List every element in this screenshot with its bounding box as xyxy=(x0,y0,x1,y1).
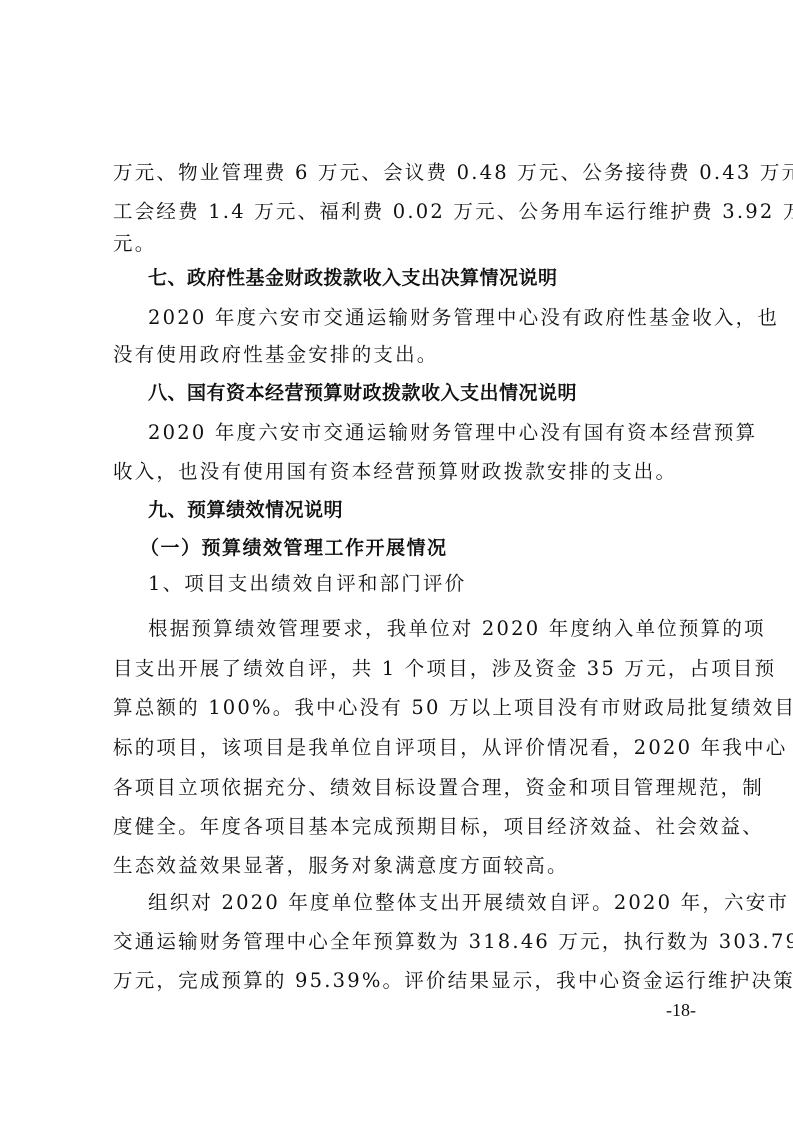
body-text-line: 标的项目，该项目是我单位自评项目，从评价情况看，2020 年我中心 xyxy=(113,735,713,761)
section-heading-8: 八、国有资本经营预算财政拨款收入支出情况说明 xyxy=(148,380,713,406)
body-text-line: 收入，也没有使用国有资本经营预算财政拨款安排的支出。 xyxy=(113,459,713,485)
body-text-line: 元。 xyxy=(113,231,713,257)
body-text-line: 根据预算绩效管理要求，我单位对 2020 年度纳入单位预算的项 xyxy=(148,616,713,642)
body-text-line: 算总额的 100%。我中心没有 50 万以上项目没有市财政局批复绩效目 xyxy=(113,695,713,721)
section-heading-7: 七、政府性基金财政拨款收入支出决算情况说明 xyxy=(148,265,713,291)
page-number: -18- xyxy=(666,1000,696,1021)
body-text-line: 组织对 2020 年度单位整体支出开展绩效自评。2020 年，六安市 xyxy=(148,890,713,916)
subsection-heading: （一）预算绩效管理工作开展情况 xyxy=(140,535,740,561)
body-text-line: 2020 年度六安市交通运输财务管理中心没有国有资本经营预算 xyxy=(148,420,713,446)
body-text-line: 没有使用政府性基金安排的支出。 xyxy=(113,342,713,368)
body-text-line: 各项目立项依据充分、绩效目标设置合理，资金和项目管理规范，制 xyxy=(113,775,713,801)
section-heading-9: 九、预算绩效情况说明 xyxy=(148,497,713,523)
body-text-line: 2020 年度六安市交通运输财务管理中心没有政府性基金收入，也 xyxy=(148,305,713,331)
body-text-line: 度健全。年度各项目基本完成预期目标，项目经济效益、社会效益、 xyxy=(113,814,713,840)
body-text-line: 工会经费 1.4 万元、福利费 0.02 万元、公务用车运行维护费 3.92 万 xyxy=(113,199,713,225)
body-text-line: 交通运输财务管理中心全年预算数为 318.46 万元，执行数为 303.79 xyxy=(113,929,713,955)
document-page: 万元、物业管理费 6 万元、会议费 0.48 万元、公务接待费 0.43 万元、… xyxy=(0,0,793,1122)
body-text-line: 生态效益效果显著，服务对象满意度方面较高。 xyxy=(113,853,713,879)
item-heading: 1、项目支出绩效自评和部门评价 xyxy=(148,571,713,597)
body-text-line: 万元，完成预算的 95.39%。评价结果显示，我中心资金运行维护决策 xyxy=(113,968,713,994)
body-text-line: 万元、物业管理费 6 万元、会议费 0.48 万元、公务接待费 0.43 万元、 xyxy=(113,160,713,186)
body-text-line: 目支出开展了绩效自评，共 1 个项目，涉及资金 35 万元，占项目预 xyxy=(113,656,713,682)
